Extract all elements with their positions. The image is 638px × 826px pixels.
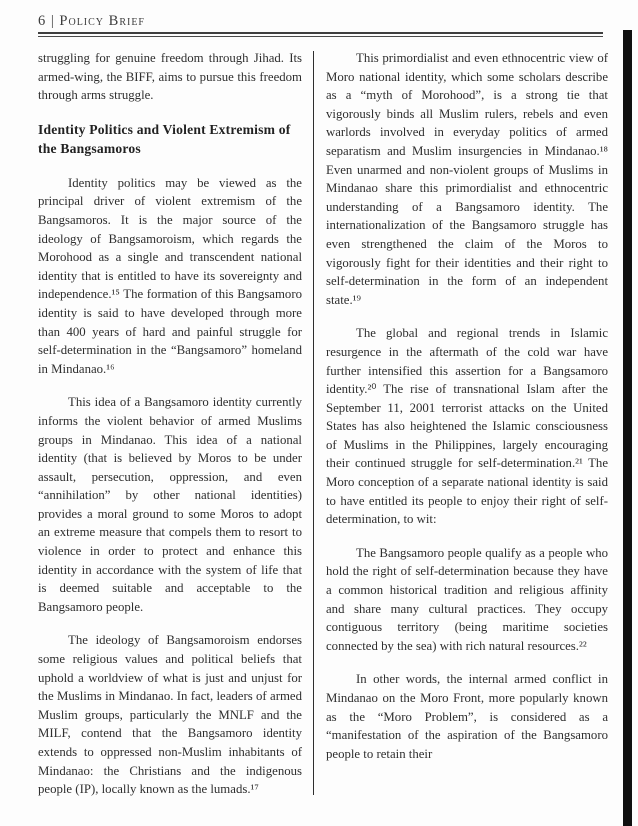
right-column: This primordialist and even ethnocentric… (326, 49, 608, 799)
paragraph: This primordialist and even ethnocentric… (326, 49, 608, 309)
two-column-text-block: struggling for genuine freedom through J… (38, 49, 608, 799)
paragraph: The ideology of Bangsamoroism endorses s… (38, 631, 302, 798)
paragraph: The global and regional trends in Islami… (326, 324, 608, 529)
paragraph: The Bangsamoro people qualify as a peopl… (326, 544, 608, 656)
document-page: 6 | Policy Brief struggling for genuine … (0, 0, 638, 826)
section-heading: Identity Politics and Violent Extremism … (38, 120, 302, 159)
column-divider-rule (313, 51, 314, 795)
paragraph-continues-next-page: In other words, the internal armed confl… (326, 670, 608, 763)
paragraph: Identity politics may be viewed as the p… (38, 174, 302, 379)
paragraph: This idea of a Bangsamoro identity curre… (38, 393, 302, 616)
page-header: 6 | Policy Brief (38, 13, 145, 30)
left-column: struggling for genuine freedom through J… (38, 49, 302, 799)
paragraph-continued: struggling for genuine freedom through J… (38, 49, 302, 105)
vertical-scrollbar[interactable] (623, 30, 632, 826)
header-double-rule (38, 32, 603, 37)
page-number-and-title: 6 | Policy Brief (38, 13, 145, 29)
